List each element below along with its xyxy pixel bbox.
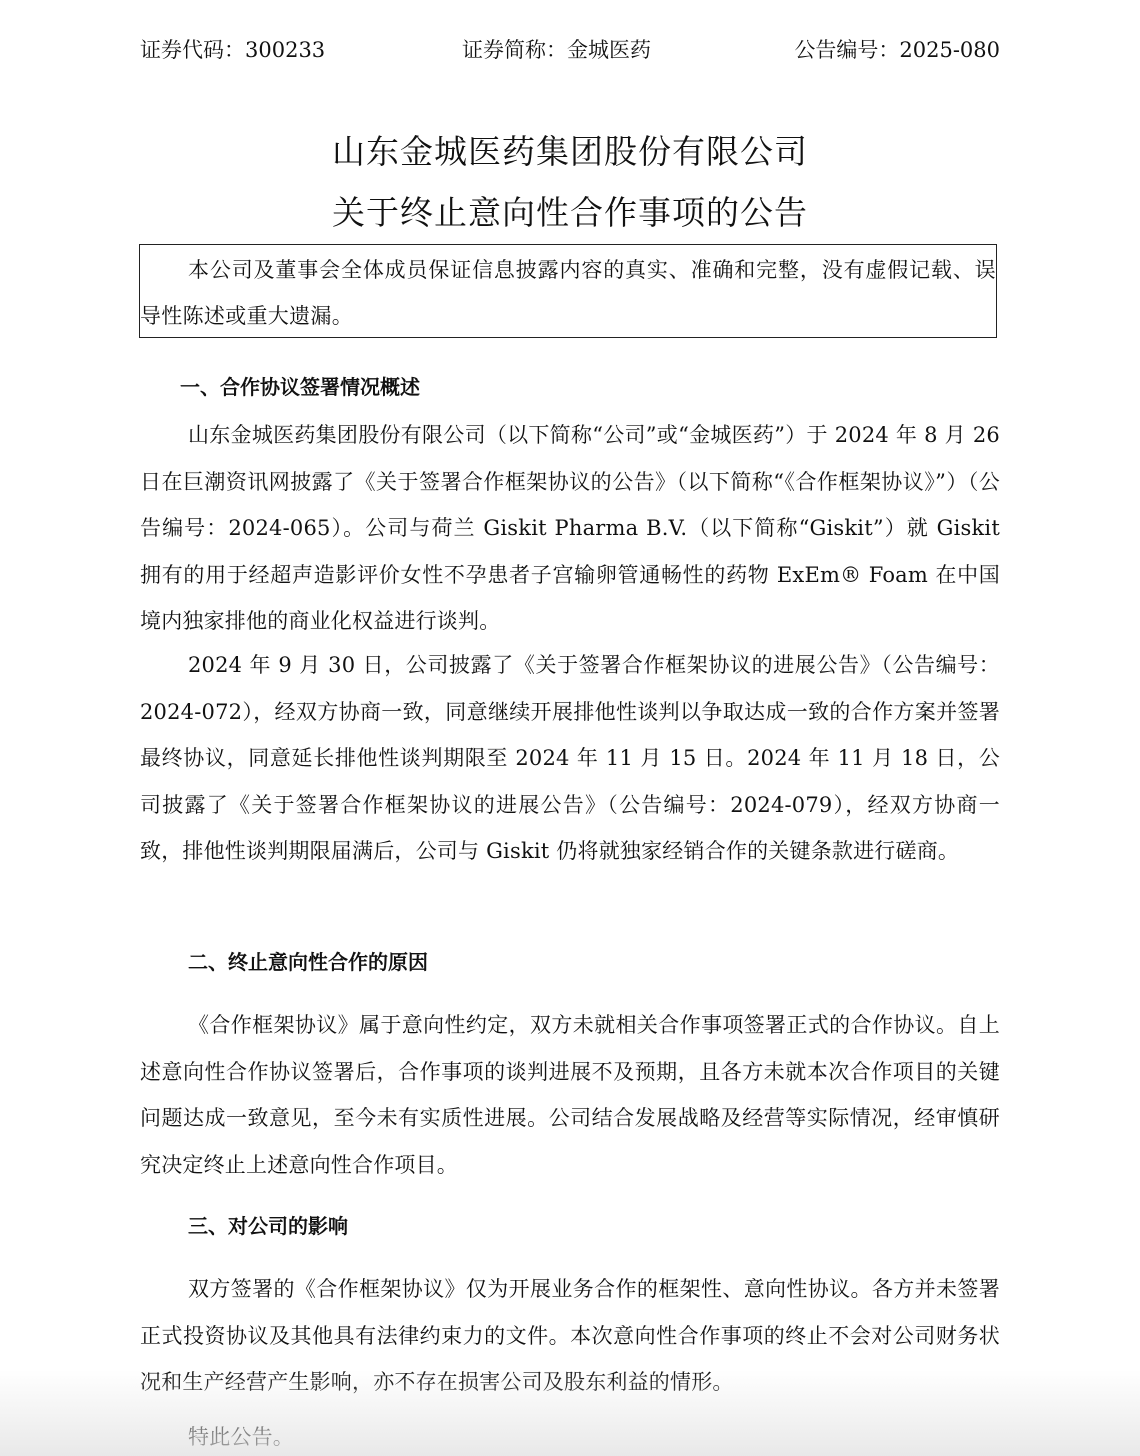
- section-2-paragraph-1: 《合作框架协议》属于意向性约定，双方未就相关合作事项签署正式的合作协议。自上述意…: [140, 1002, 1000, 1188]
- disclosure-statement-text: 本公司及董事会全体成员保证信息披露内容的真实、准确和完整，没有虚假记载、误导性陈…: [140, 247, 996, 339]
- section-1-paragraph-1: 山东金城医药集团股份有限公司（以下简称“公司”或“金城医药”）于 2024 年 …: [140, 412, 1000, 645]
- announcement-number: 公告编号：2025-080: [794, 34, 1000, 66]
- document-header: 证券代码：300233 证券简称：金城医药 公告编号：2025-080: [140, 34, 1000, 66]
- section-heading-2: 二、终止意向性合作的原因: [188, 946, 428, 978]
- stock-short-name: 证券简称：金城医药: [462, 34, 651, 66]
- document-title-company: 山东金城医药集团股份有限公司: [140, 130, 1000, 174]
- closing-statement: 特此公告。: [140, 1414, 1000, 1456]
- section-heading-1: 一、合作协议签署情况概述: [180, 371, 420, 403]
- disclosure-statement-box: 本公司及董事会全体成员保证信息披露内容的真实、准确和完整，没有虚假记载、误导性陈…: [139, 244, 997, 338]
- stock-code: 证券代码：300233: [140, 34, 325, 66]
- section-3-paragraph-1: 双方签署的《合作框架协议》仅为开展业务合作的框架性、意向性协议。各方并未签署正式…: [140, 1266, 1000, 1406]
- document-title-subject: 关于终止意向性合作事项的公告: [140, 191, 1000, 235]
- section-1-paragraph-2: 2024 年 9 月 30 日，公司披露了《关于签署合作框架协议的进展公告》（公…: [140, 642, 1000, 875]
- section-heading-3: 三、对公司的影响: [188, 1210, 348, 1242]
